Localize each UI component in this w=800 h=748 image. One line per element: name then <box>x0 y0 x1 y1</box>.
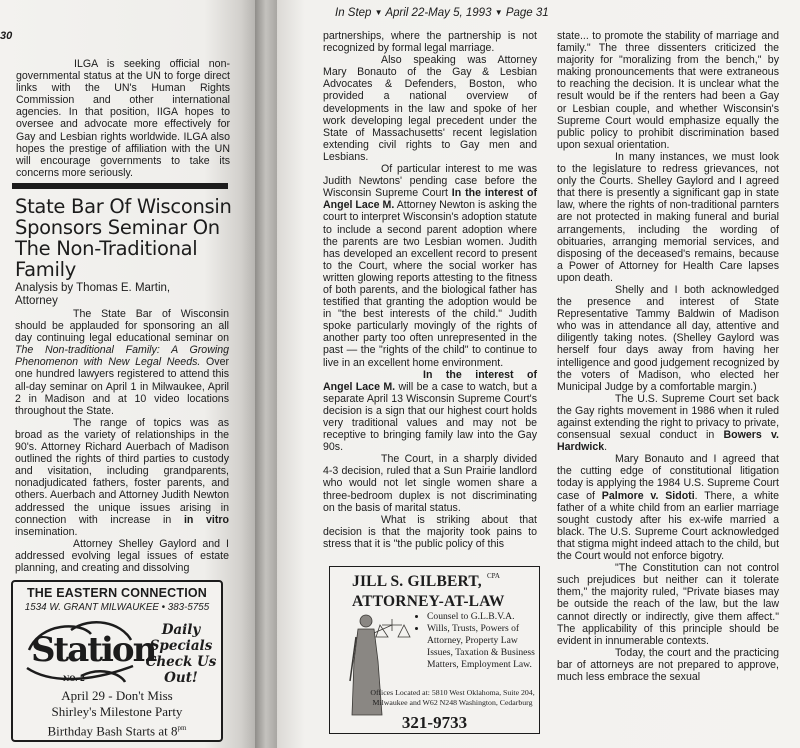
book-gutter <box>255 0 277 748</box>
phone-number: 321-9733 <box>330 713 539 733</box>
paragraph: The State Bar of Wisconsin should be app… <box>15 308 229 417</box>
publication-name: In Step <box>335 7 371 19</box>
paragraph: state... to promote the stability of mar… <box>557 30 779 151</box>
byline-role: Attorney <box>15 295 235 308</box>
byline-author: Analysis by Thomas E. Martin, <box>15 282 235 295</box>
article-headline: State Bar Of Wisconsin Sponsors Seminar … <box>15 196 235 280</box>
paragraph: partnerships, where the partnership is n… <box>323 30 537 54</box>
article-byline: Analysis by Thomas E. Martin, Attorney <box>15 282 235 308</box>
paragraph: In many instances, we must look to the l… <box>557 151 779 284</box>
case-name: Palmore v. Sidoti <box>602 490 695 502</box>
services-list: Counsel to G.L.B.V.A. Wills, Trusts, Pow… <box>415 611 542 671</box>
logo-wordmark: Station <box>31 630 155 670</box>
separator-icon: ▼ <box>375 8 383 17</box>
ad-jill-gilbert: JILL S. GILBERT, CPA ATTORNEY-AT-LAW Cou… <box>329 566 540 734</box>
article-column-1: The State Bar of Wisconsin should be app… <box>15 308 229 574</box>
paragraph: "The Constitution can not control such p… <box>557 562 779 647</box>
article-column-3: state... to promote the stability of mar… <box>557 30 779 683</box>
office-locations: Offices Located at: 5810 West Oklahoma, … <box>370 688 535 707</box>
attorney-name: JILL S. GILBERT, <box>352 573 482 591</box>
separator-icon: ▼ <box>495 8 503 17</box>
paragraph: Today, the court and the practicing bar … <box>557 647 779 683</box>
page-number-left: 30 <box>0 30 12 42</box>
paragraph: Also speaking was Attorney Mary Bonauto … <box>323 54 537 163</box>
ilga-column: ILGA is seeking official non-governmenta… <box>16 58 230 179</box>
paragraph: Of particular interest to me was Judith … <box>323 163 537 369</box>
ad-eastern-connection: THE EASTERN CONNECTION 1534 W. GRANT MIL… <box>11 580 223 742</box>
paragraph: The Court, in a sharply divided 4-3 deci… <box>323 453 537 513</box>
seminar-title: The Non-traditional Family: A Growing Ph… <box>15 344 229 368</box>
article-column-2: partnerships, where the partnership is n… <box>323 30 537 550</box>
paragraph: In the interest of Angel Lace M. will be… <box>323 369 537 454</box>
event-announcement: April 29 - Don't Miss Shirley's Mileston… <box>13 688 221 739</box>
service-item: Wills, Trusts, Powers of Attorney, Prope… <box>427 623 542 671</box>
issue-date: April 22-May 5, 1993 <box>385 7 491 19</box>
attorney-title: ATTORNEY-AT-LAW <box>352 593 505 611</box>
paragraph: Mary Bonauto and I agreed that the cutti… <box>557 453 779 562</box>
paragraph: The U.S. Supreme Court set back the Gay … <box>557 393 779 453</box>
paragraph: What is striking about that decision is … <box>323 514 537 550</box>
logo-number: NO. 2 <box>63 674 85 683</box>
running-head: In Step ▼ April 22-May 5, 1993 ▼ Page 31 <box>335 7 549 19</box>
section-divider-rule <box>12 183 228 189</box>
ad-address: 1534 W. GRANT MILWAUKEE • 383-5755 <box>13 602 221 613</box>
paragraph: The range of topics was as broad as the … <box>15 417 229 538</box>
daily-specials: Daily Specials Check Us Out! <box>143 622 219 686</box>
paragraph: Attorney Shelley Gaylord and I addressed… <box>15 538 229 574</box>
paragraph: Shelly and I both acknowledged the prese… <box>557 284 779 393</box>
page-number-right: Page 31 <box>506 7 549 19</box>
service-item: Counsel to G.L.B.V.A. <box>427 611 542 623</box>
station-logo: Station NO. 2 <box>21 620 141 686</box>
ad-title: THE EASTERN CONNECTION <box>13 586 221 600</box>
credential: CPA <box>487 572 500 580</box>
ilga-paragraph: ILGA is seeking official non-governmenta… <box>16 58 230 179</box>
